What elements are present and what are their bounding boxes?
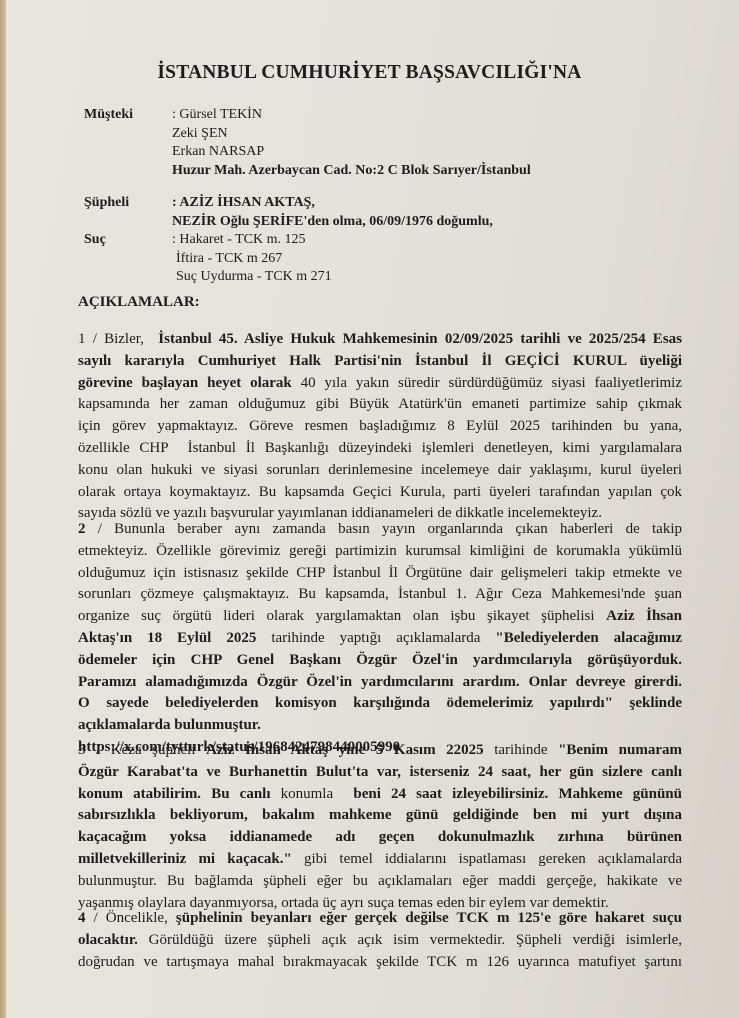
- aciklamalar-heading: AÇIKLAMALAR:: [78, 294, 200, 311]
- paper-edge: [0, 0, 6, 1018]
- paragraph-line: 4 / Öncelikle, şüphelinin beyanları eğer…: [78, 908, 682, 930]
- paragraph-2: 2 / Bununla beraber aynı zamanda basın y…: [78, 519, 682, 759]
- paragraph-4: 4 / Öncelikle, şüphelinin beyanları eğer…: [78, 908, 682, 973]
- paragraph-line: olacaktır. Görüldüğü üzere şüpheli açık …: [78, 930, 682, 952]
- musteki-label: Müşteki: [84, 107, 133, 123]
- paragraph-line: konum atabilirim. Bu canlı konumla beni …: [78, 784, 682, 806]
- paragraph-line: açıklamalarda bulunmuştur.: [78, 715, 682, 737]
- paragraph-line: sabırsızlıkla bekliyorum, bakalım mahkem…: [78, 805, 682, 827]
- paragraph-3: 3 / Keza şüpheli Aziz İhsan Aktaş yine 5…: [78, 740, 682, 914]
- paragraph-line: kapsamında her zaman olduğumuz gibi Büyü…: [78, 394, 682, 416]
- paragraph-line: Aktaş'ın 18 Eylül 2025 tarihinde yaptığı…: [78, 628, 682, 650]
- paragraph-line: 3 / Keza şüpheli Aziz İhsan Aktaş yine 5…: [78, 740, 682, 762]
- paragraph-line: milletvekilleriniz mi kaçacak." gibi tem…: [78, 849, 682, 871]
- paragraph-line: görevine başlayan heyet olarak 40 yıla y…: [78, 373, 682, 395]
- paragraph-line: O sayede belediyelerden komisyon karşılı…: [78, 693, 682, 715]
- paragraph-line: kaçacağım yoksa iddianamede adı geçen do…: [78, 827, 682, 849]
- supheli-values: : AZİZ İHSAN AKTAŞ, NEZİR Oğlu ŞERİFE'de…: [172, 194, 493, 231]
- paragraph-line: ödemeler için CHP Genel Başkanı Özgür Öz…: [78, 650, 682, 672]
- musteki-values: : Gürsel TEKİN Zeki ŞEN Erkan NARSAP Huz…: [172, 106, 531, 180]
- musteki-line: Zeki ŞEN: [172, 125, 531, 144]
- paragraph-line: organize suç örgütü lideri olarak yargıl…: [78, 606, 682, 628]
- supheli-label: Şüpheli: [84, 195, 129, 211]
- paragraph-line: sorunları çözmeye çalışmaktayız. Bu kaps…: [78, 584, 682, 606]
- musteki-address: Huzur Mah. Azerbaycan Cad. No:2 C Blok S…: [172, 162, 531, 181]
- paragraph-line: bulunmuştur. Bu bağlamda şüpheli eğer bu…: [78, 871, 682, 893]
- suc-line: Suç Uydurma - TCK m 271: [172, 268, 332, 287]
- suc-line: : Hakaret - TCK m. 125: [172, 231, 332, 250]
- paragraph-line: Paramızı alamadığımızda Özgür Özel'in ya…: [78, 672, 682, 694]
- supheli-line: NEZİR Oğlu ŞERİFE'den olma, 06/09/1976 d…: [172, 213, 493, 232]
- musteki-line: : Gürsel TEKİN: [172, 106, 531, 125]
- supheli-line: : AZİZ İHSAN AKTAŞ,: [172, 194, 493, 213]
- paragraph-line: olarak ortaya koymaktayız. Bu kapsamda G…: [78, 482, 682, 504]
- paragraph-line: için görev yapmaktayız. Göreve resmen ba…: [78, 416, 682, 438]
- paragraph-line: 2 / Bununla beraber aynı zamanda basın y…: [78, 519, 682, 541]
- paragraph-line: konu olan hukuki ve siyasi sorunları der…: [78, 460, 682, 482]
- document-title: İSTANBUL CUMHURİYET BAŞSAVCILIĞI'NA: [0, 62, 739, 84]
- paragraph-line: olduğumuz için istisnasız şekilde CHP İs…: [78, 563, 682, 585]
- paragraph-line: Özgür Karabat'ta ve Burhanettin Bulut'ta…: [78, 762, 682, 784]
- suc-label: Suç: [84, 232, 106, 248]
- paragraph-1: 1 / Bizler, İstanbul 45. Asliye Hukuk Ma…: [78, 329, 682, 525]
- paragraph-line: etmekteyiz. Özellikle görevimiz gereği p…: [78, 541, 682, 563]
- paragraph-line: 1 / Bizler, İstanbul 45. Asliye Hukuk Ma…: [78, 329, 682, 351]
- paragraph-line: doğrudan ve tartışmaya mahal bırakmayaca…: [78, 952, 682, 974]
- paragraph-line: sayılı kararıyla Cumhuriyet Halk Partisi…: [78, 351, 682, 373]
- suc-values: : Hakaret - TCK m. 125 İftira - TCK m 26…: [172, 231, 332, 287]
- musteki-line: Erkan NARSAP: [172, 143, 531, 162]
- suc-line: İftira - TCK m 267: [172, 250, 332, 269]
- paragraph-line: özellikle CHP İstanbul İl Başkanlığı düz…: [78, 438, 682, 460]
